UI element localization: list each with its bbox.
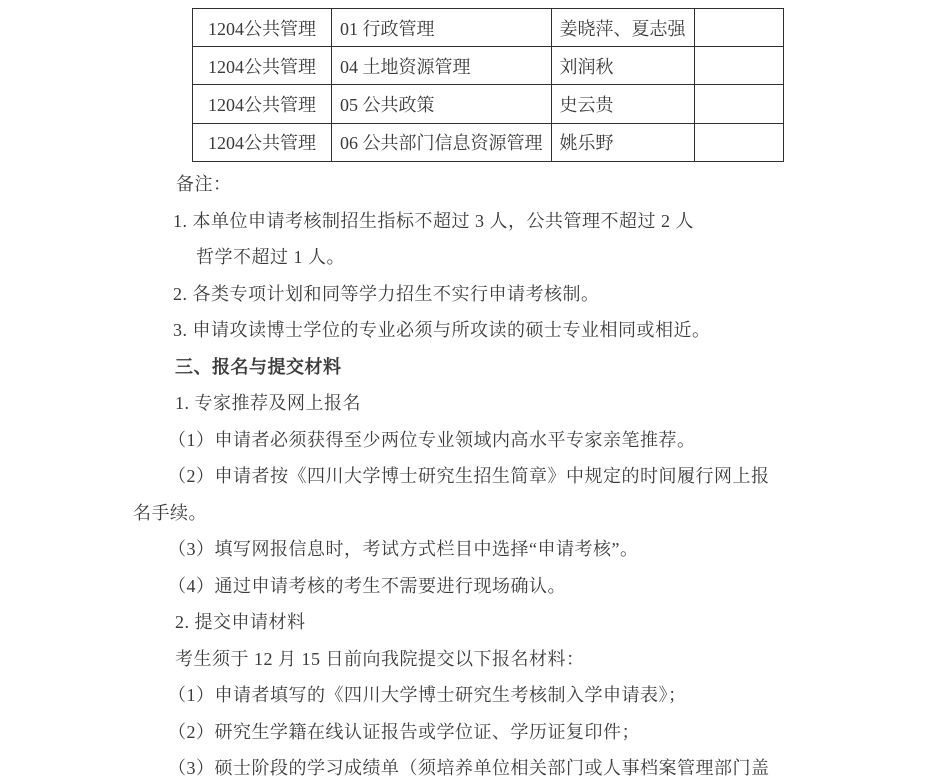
note-3: 3. 申请攻读博士学位的专业必须与所攻读的硕士专业相同或相近。 (133, 311, 913, 348)
item-2-heading: 2. 提交申请材料 (133, 603, 913, 640)
table-row: 1204公共管理 05 公共政策 史云贵 (193, 85, 784, 123)
cell-major-code: 1204公共管理 (193, 85, 332, 123)
cell-major-code: 1204公共管理 (193, 123, 332, 161)
cell-direction: 04 土地资源管理 (332, 47, 552, 85)
table-row: 1204公共管理 04 土地资源管理 刘润秋 (193, 47, 784, 85)
cell-direction: 05 公共政策 (332, 85, 552, 123)
note-2: 2. 各类专项计划和同等学力招生不实行申请考核制。 (133, 275, 913, 312)
cell-major-code: 1204公共管理 (193, 47, 332, 85)
material-1: （1）申请者填写的《四川大学博士研究生考核制入学申请表》； (133, 676, 913, 713)
cell-supervisors: 刘润秋 (551, 47, 694, 85)
item-1-sub-4: （4）通过申请考核的考生不需要进行现场确认。 (133, 567, 913, 604)
admissions-table: 1204公共管理 01 行政管理 姜晓萍、夏志强 1204公共管理 04 土地资… (192, 8, 784, 162)
item-1-heading: 1. 专家推荐及网上报名 (133, 384, 913, 421)
deadline-line: 考生须于 12 月 15 日前向我院提交以下报名材料： (133, 640, 913, 677)
note-1: 1. 本单位申请考核制招生指标不超过 3 人，公共管理不超过 2 人 (133, 202, 913, 239)
cell-blank (694, 9, 783, 47)
cell-supervisors: 姜晓萍、夏志强 (551, 9, 694, 47)
table-row: 1204公共管理 06 公共部门信息资源管理 姚乐野 (193, 123, 784, 161)
note-1-continued: 哲学不超过 1 人。 (133, 238, 913, 275)
material-2: （2）研究生学籍在线认证报告或学位证、学历证复印件； (133, 713, 913, 750)
section-3-heading: 三、报名与提交材料 (133, 348, 913, 385)
item-1-sub-2: （2）申请者按《四川大学博士研究生招生简章》中规定的时间履行网上报 (133, 457, 913, 494)
cell-supervisors: 史云贵 (551, 85, 694, 123)
cell-blank (694, 47, 783, 85)
table-row: 1204公共管理 01 行政管理 姜晓萍、夏志强 (193, 9, 784, 47)
cell-direction: 06 公共部门信息资源管理 (332, 123, 552, 161)
notes-label: 备注： (133, 165, 913, 202)
cell-direction: 01 行政管理 (332, 9, 552, 47)
material-3: （3）硕士阶段的学习成绩单（须培养单位相关部门或人事档案管理部门盖 (133, 749, 913, 781)
item-1-sub-3: （3）填写网报信息时，考试方式栏目中选择“申请考核”。 (133, 530, 913, 567)
cell-supervisors: 姚乐野 (551, 123, 694, 161)
cell-blank (694, 123, 783, 161)
item-1-sub-2-cont: 名手续。 (133, 494, 913, 531)
document-body: 备注： 1. 本单位申请考核制招生指标不超过 3 人，公共管理不超过 2 人 哲… (133, 165, 913, 781)
document-page: { "colors": { "background": "#ffffff", "… (0, 0, 933, 781)
cell-blank (694, 85, 783, 123)
item-1-sub-1: （1）申请者必须获得至少两位专业领域内高水平专家亲笔推荐。 (133, 421, 913, 458)
cell-major-code: 1204公共管理 (193, 9, 332, 47)
